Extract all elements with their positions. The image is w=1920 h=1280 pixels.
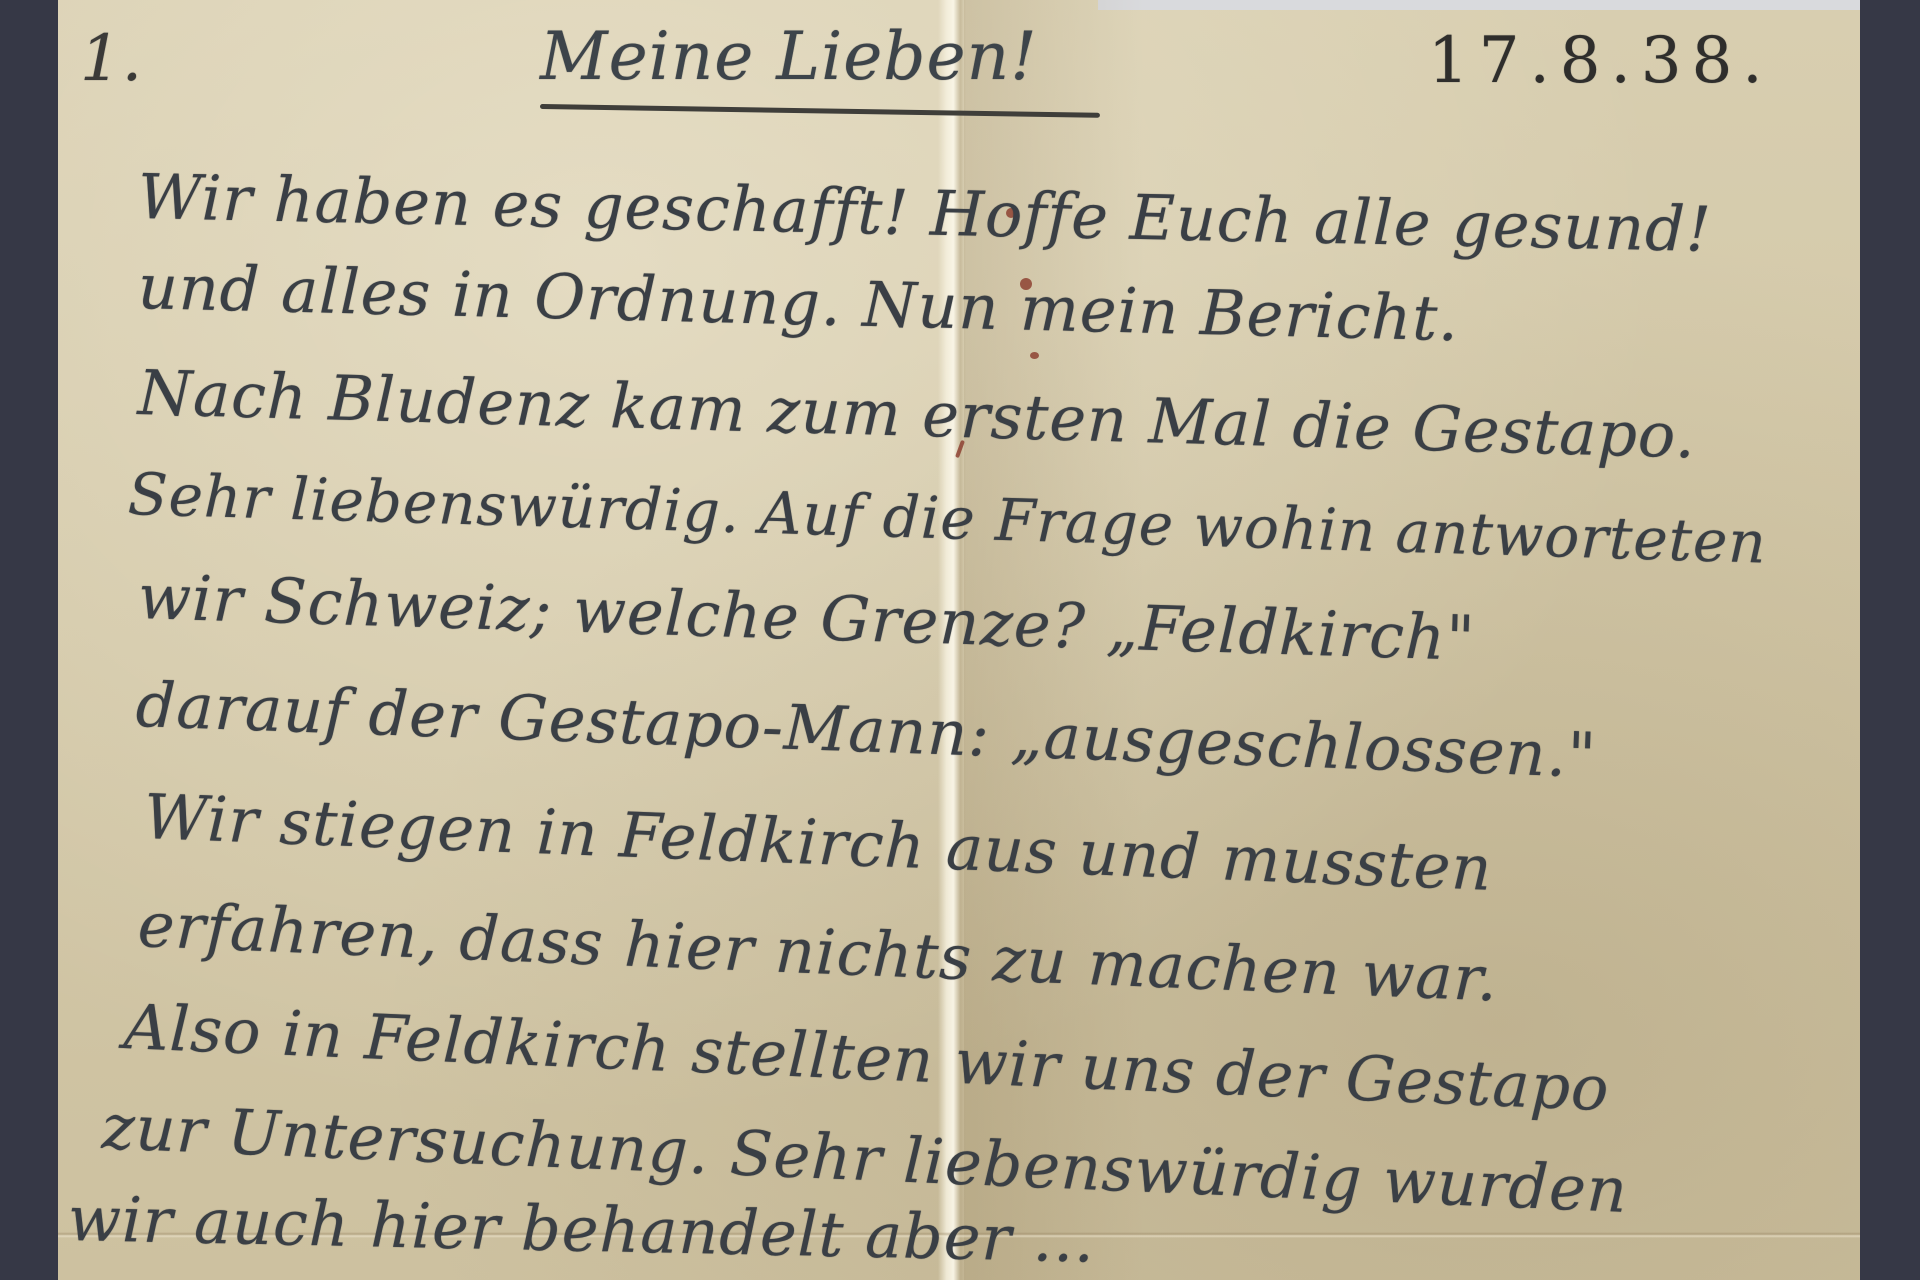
letter-line-7: Wir stiegen in Feldkirch aus und mussten — [143, 780, 1494, 905]
paper-edge — [1098, 0, 1860, 10]
page-number: 1. — [80, 22, 143, 96]
image-frame: 1. Meine Lieben! 17.8.38. Wir haben es g… — [0, 0, 1920, 1280]
letter-line-6: darauf der Gestapo-Mann: „ausgeschlossen… — [135, 668, 1598, 792]
letter-line-8: erfahren, dass hier nichts zu machen war… — [137, 888, 1500, 1016]
letter-line-3: Nach Bludenz kam zum ersten Mal die Gest… — [137, 356, 1697, 472]
letter-paper: 1. Meine Lieben! 17.8.38. Wir haben es g… — [58, 0, 1860, 1280]
letter-line-2: und alles in Ordnung. Nun mein Bericht. — [137, 250, 1460, 355]
letter-date: 17.8.38. — [1428, 24, 1773, 98]
ink-stain — [1030, 352, 1039, 359]
letter-line-1: Wir haben es geschafft! Hoffe Euch alle … — [137, 160, 1712, 266]
salutation: Meine Lieben! — [540, 18, 1038, 95]
letter-line-5: wir Schweiz; welche Grenze? „Feldkirch" — [137, 560, 1477, 675]
